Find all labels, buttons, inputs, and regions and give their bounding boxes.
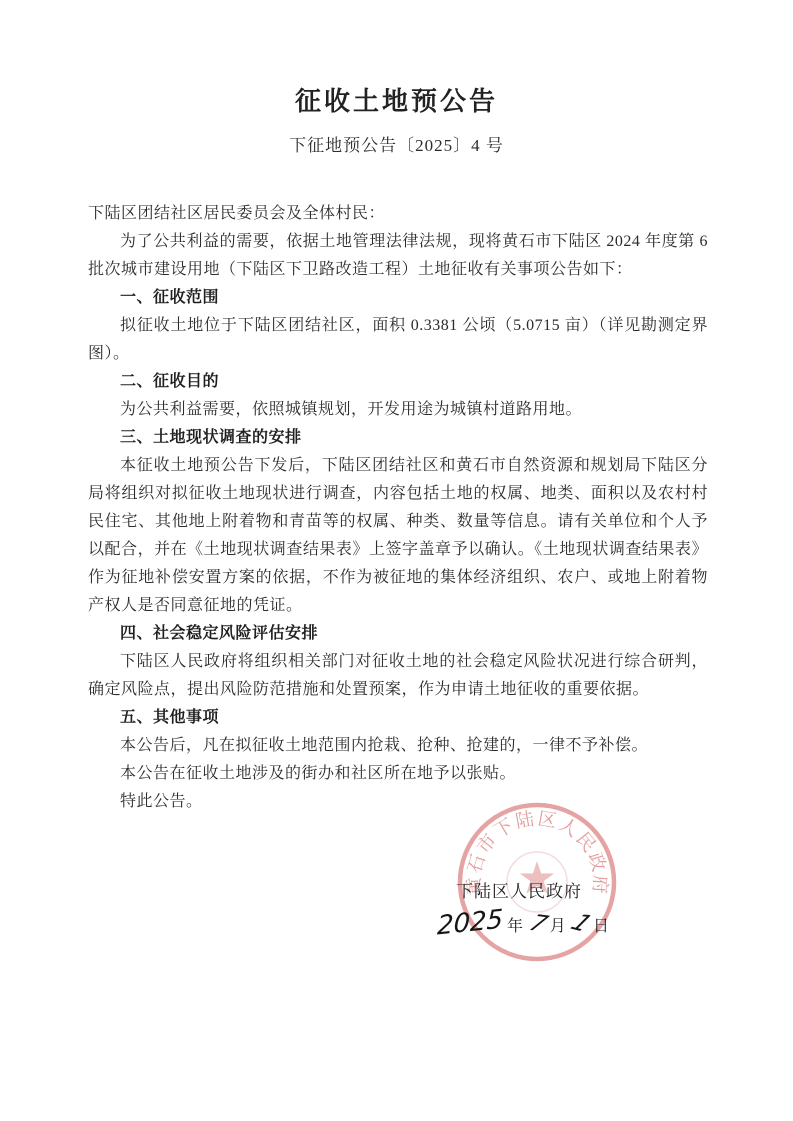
section-heading-risk: 四、社会稳定风险评估安排 [88, 620, 708, 648]
risk-paragraph: 下陆区人民政府将组织相关部门对征收土地的社会稳定风险状况进行综合研判，确定风险点… [88, 648, 708, 704]
section-heading-scope: 一、征收范围 [88, 284, 708, 312]
other-paragraph-2: 本公告在征收土地涉及的街办和社区所在地予以张贴。 [88, 760, 708, 788]
handwritten-year: 2025 [436, 902, 503, 943]
signature-issuer: 下陆区人民政府 [0, 880, 793, 904]
survey-paragraph: 本征收土地预公告下发后，下陆区团结社区和黄石市自然资源和规划局下陆区分局将组织对… [88, 452, 708, 620]
document-title: 征收土地预公告 [0, 86, 793, 118]
section-heading-purpose: 二、征收目的 [88, 368, 708, 396]
intro-paragraph: 为了公共利益的需要，依据土地管理法律法规，现将黄石市下陆区 2024 年度第 6… [88, 228, 708, 284]
document-number: 下征地预公告〔2025〕4 号 [0, 134, 793, 158]
section-heading-survey: 三、土地现状调查的安排 [88, 424, 708, 452]
signature-date: 2025年7月1日 [0, 906, 793, 944]
section-heading-other: 五、其他事项 [88, 704, 708, 732]
day-label: 日 [593, 918, 611, 935]
other-paragraph-1: 本公告后，凡在拟征收土地范围内抢栽、抢种、抢建的，一律不予补偿。 [88, 732, 708, 760]
document-body: 下陆区团结社区居民委员会及全体村民： 为了公共利益的需要，依据土地管理法律法规，… [0, 200, 793, 816]
announcement-page: 征收土地预公告 下征地预公告〔2025〕4 号 下陆区团结社区居民委员会及全体村… [0, 0, 793, 1121]
year-label: 年 [507, 918, 525, 935]
salutation: 下陆区团结社区居民委员会及全体村民： [88, 200, 708, 228]
purpose-paragraph: 为公共利益需要，依照城镇规划，开发用途为城镇村道路用地。 [88, 396, 708, 424]
handwritten-month: 7 [523, 907, 553, 941]
scope-paragraph: 拟征收土地位于下陆区团结社区，面积 0.3381 公顷（5.0715 亩）（详见… [88, 312, 708, 368]
